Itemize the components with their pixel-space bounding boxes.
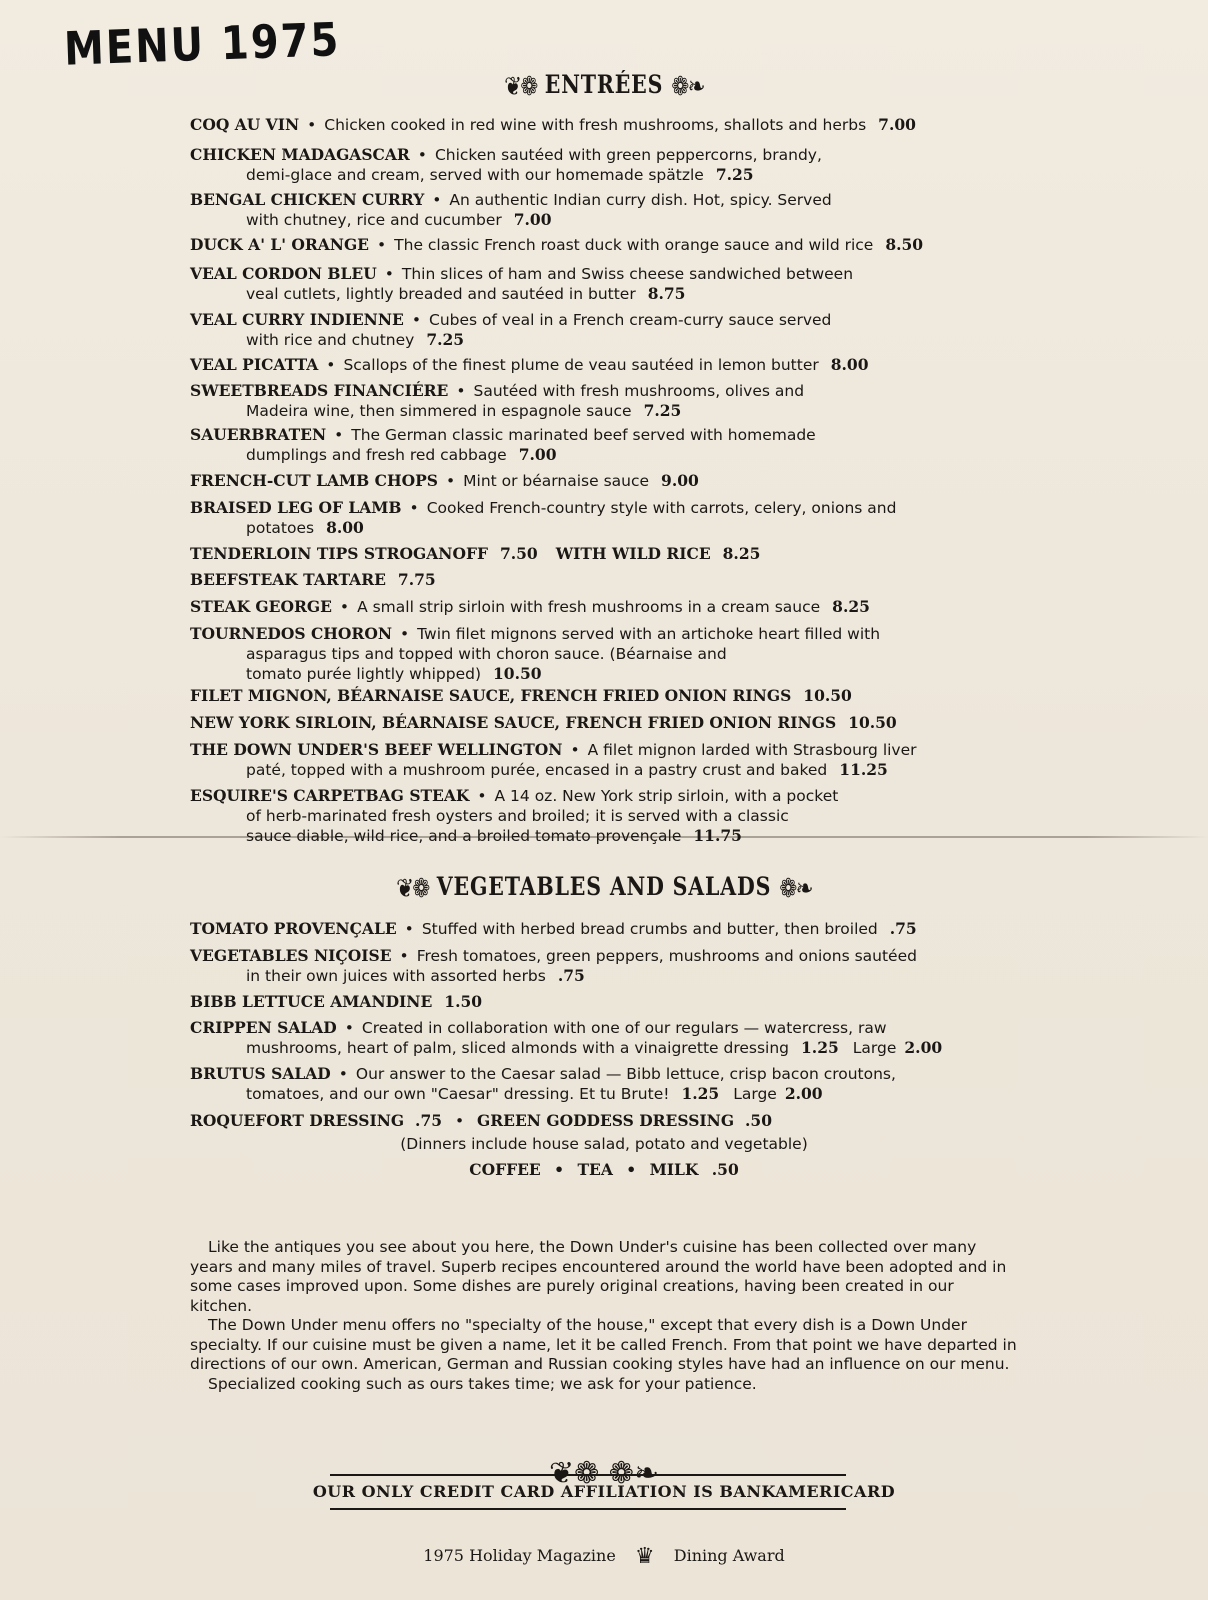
menu-item: VEAL PICATTA•Scallops of the finest plum… [190, 355, 1030, 375]
item-price: 9.00 [661, 471, 699, 490]
vegetables-heading: ❦❁VEGETABLES AND SALADS❁❧ [109, 872, 1100, 904]
bullet-separator: • [412, 311, 421, 329]
item-price: 7.00 [878, 115, 916, 134]
bullet-separator: • [405, 920, 414, 938]
handwritten-note: MENU 1975 [63, 14, 341, 77]
menu-item: STEAK GEORGE•A small strip sirloin with … [190, 597, 1030, 617]
bullet-separator: • [477, 787, 486, 805]
item-large-label: Large [733, 1085, 777, 1103]
bullet-separator: • [570, 741, 579, 759]
item-price: 10.50 [493, 664, 542, 683]
item-name: SAUERBRATEN [190, 425, 326, 444]
item-description-cont: demi-glace and cream, served with our ho… [190, 165, 1030, 185]
intro-paragraph: The Down Under menu offers no "specialty… [190, 1316, 1020, 1375]
item-price: 7.75 [398, 570, 436, 589]
menu-item: SWEETBREADS FINANCIÉRE•Sautéed with fres… [190, 381, 1030, 421]
item-name: TOMATO PROVENÇALE [190, 919, 397, 938]
menu-item: ESQUIRE'S CARPETBAG STEAK•A 14 oz. New Y… [190, 786, 1030, 846]
beverages-line: COFFEE • TEA • MILK .50 [0, 1160, 1208, 1179]
intro-paragraph: Like the antiques you see about you here… [190, 1238, 1020, 1316]
item-description-cont: dumplings and fresh red cabbage7.00 [190, 445, 1030, 465]
divider [330, 1474, 846, 1476]
item-price: 8.50 [885, 235, 923, 254]
item-name: NEW YORK SIRLOIN, BÉARNAISE SAUCE, FRENC… [190, 713, 836, 732]
bullet-separator: • [345, 1019, 354, 1037]
menu-item: SAUERBRATEN•The German classic marinated… [190, 425, 1030, 465]
menu-item: BIBB LETTUCE AMANDINE1.50 [190, 992, 1030, 1012]
item-name: CRIPPEN SALAD [190, 1018, 337, 1037]
green-goddess-price: .50 [745, 1111, 772, 1130]
item-name: VEAL PICATTA [190, 355, 318, 374]
entrees-title: ENTRÉES [545, 70, 663, 99]
bullet-separator: • [385, 265, 394, 283]
bullet-separator: • [377, 236, 386, 254]
menu-item: VEGETABLES NIÇOISE•Fresh tomatoes, green… [190, 946, 1030, 986]
item-description: Mint or béarnaise sauce [463, 472, 649, 490]
item-description: Fresh tomatoes, green peppers, mushrooms… [417, 947, 917, 965]
beverage-coffee: COFFEE [469, 1160, 540, 1179]
item-name: VEAL CORDON BLEU [190, 264, 377, 283]
roquefort-name: ROQUEFORT DRESSING [190, 1111, 404, 1130]
bullet-separator: • [334, 426, 343, 444]
menu-item: CHICKEN MADAGASCAR•Chicken sautéed with … [190, 145, 1030, 185]
item-description: Created in collaboration with one of our… [362, 1019, 887, 1037]
item-price: 1.25 [681, 1084, 719, 1103]
item-name: VEAL CURRY INDIENNE [190, 310, 404, 329]
divider [330, 1508, 846, 1510]
item-description: Cooked French-country style with carrots… [427, 499, 897, 517]
menu-item: TENDERLOIN TIPS STROGANOFF7.50WITH WILD … [190, 544, 1030, 564]
item-name: TENDERLOIN TIPS STROGANOFF [190, 544, 488, 563]
item-extra-price: 8.25 [723, 544, 761, 563]
item-description-cont: mushrooms, heart of palm, sliced almonds… [190, 1038, 1030, 1058]
item-price: 8.00 [831, 355, 869, 374]
chef-hat-laurel-icon: ♛ [635, 1544, 655, 1569]
ornament-right-icon: ❁❧ [779, 874, 811, 904]
bullet-separator: • [400, 947, 409, 965]
bullet-separator: • [340, 598, 349, 616]
ornament-left-icon: ❦❁ [396, 874, 428, 904]
bullet-separator: • [339, 1065, 348, 1083]
menu-item: VEAL CORDON BLEU•Thin slices of ham and … [190, 264, 1030, 304]
green-goddess-name: GREEN GODDESS DRESSING [477, 1111, 734, 1130]
award-text-right: Dining Award [674, 1546, 785, 1565]
item-description-cont: tomatoes, and our own "Caesar" dressing.… [190, 1084, 1030, 1104]
item-price: 7.25 [426, 330, 464, 349]
menu-item: THE DOWN UNDER'S BEEF WELLINGTON•A filet… [190, 740, 1030, 780]
item-description: A small strip sirloin with fresh mushroo… [357, 598, 820, 616]
item-description: An authentic Indian curry dish. Hot, spi… [449, 191, 831, 209]
menu-item: BRAISED LEG OF LAMB•Cooked French-countr… [190, 498, 1030, 538]
item-name: VEGETABLES NIÇOISE [190, 946, 392, 965]
award-line: 1975 Holiday Magazine ♛ Dining Award [0, 1544, 1208, 1569]
credit-card-notice: OUR ONLY CREDIT CARD AFFILIATION IS BANK… [0, 1482, 1208, 1501]
item-description-cont: tomato purée lightly whipped)10.50 [190, 664, 1030, 684]
intro-text: Like the antiques you see about you here… [190, 1238, 1020, 1394]
menu-item: VEAL CURRY INDIENNE•Cubes of veal in a F… [190, 310, 1030, 350]
item-description: Twin filet mignons served with an artich… [417, 625, 880, 643]
item-name: BRUTUS SALAD [190, 1064, 331, 1083]
item-name: THE DOWN UNDER'S BEEF WELLINGTON [190, 740, 562, 759]
award-text-left: 1975 Holiday Magazine [423, 1546, 616, 1565]
item-description: Chicken sautéed with green peppercorns, … [435, 146, 822, 164]
roquefort-price: .75 [415, 1111, 442, 1130]
item-name: STEAK GEORGE [190, 597, 332, 616]
menu-item: FILET MIGNON, BÉARNAISE SAUCE, FRENCH FR… [190, 686, 1030, 706]
menu-item: TOMATO PROVENÇALE•Stuffed with herbed br… [190, 919, 1030, 939]
menu-item: CRIPPEN SALAD•Created in collaboration w… [190, 1018, 1030, 1058]
item-description: Sautéed with fresh mushrooms, olives and [474, 382, 805, 400]
bullet-separator: • [432, 191, 441, 209]
bullet-separator: • [410, 499, 419, 517]
item-price: 10.50 [848, 713, 897, 732]
bullet-separator: • [626, 1160, 636, 1179]
item-description-cont: with chutney, rice and cucumber7.00 [190, 210, 1030, 230]
bullet-separator: • [400, 625, 409, 643]
item-description: A filet mignon larded with Strasbourg li… [588, 741, 917, 759]
item-description: The classic French roast duck with orang… [394, 236, 873, 254]
bullet-separator: • [446, 472, 455, 490]
item-name: COQ AU VIN [190, 115, 299, 134]
item-price: 8.00 [326, 518, 364, 537]
item-price: 8.75 [648, 284, 686, 303]
item-name: FRENCH-CUT LAMB CHOPS [190, 471, 438, 490]
beverage-price: .50 [712, 1160, 739, 1179]
item-description: Scallops of the finest plume de veau sau… [343, 356, 818, 374]
item-description-cont: Madeira wine, then simmered in espagnole… [190, 401, 1030, 421]
item-name: TOURNEDOS CHORON [190, 624, 392, 643]
item-price: 8.25 [832, 597, 870, 616]
item-description-cont: sauce diable, wild rice, and a broiled t… [190, 826, 1030, 846]
beverage-milk: MILK [650, 1160, 699, 1179]
menu-item: BENGAL CHICKEN CURRY•An authentic Indian… [190, 190, 1030, 230]
bullet-separator: • [456, 382, 465, 400]
item-description: Thin slices of ham and Swiss cheese sand… [402, 265, 853, 283]
menu-item: NEW YORK SIRLOIN, BÉARNAISE SAUCE, FRENC… [190, 713, 1030, 733]
item-name: DUCK A' L' ORANGE [190, 235, 369, 254]
item-price: .75 [890, 919, 917, 938]
item-price: 1.50 [444, 992, 482, 1011]
item-description: Cubes of veal in a French cream-curry sa… [429, 311, 831, 329]
menu-item: TOURNEDOS CHORON•Twin filet mignons serv… [190, 624, 1030, 684]
item-price: 7.00 [519, 445, 557, 464]
bullet-separator: • [418, 146, 427, 164]
menu-item: FRENCH-CUT LAMB CHOPS•Mint or béarnaise … [190, 471, 1030, 491]
item-name: BRAISED LEG OF LAMB [190, 498, 402, 517]
item-name: FILET MIGNON, BÉARNAISE SAUCE, FRENCH FR… [190, 686, 791, 705]
item-large-price: 2.00 [904, 1038, 942, 1057]
dressings-line: ROQUEFORT DRESSING .75 • GREEN GODDESS D… [190, 1111, 1030, 1131]
vegetables-title: VEGETABLES AND SALADS [437, 872, 771, 901]
item-description: Our answer to the Caesar salad — Bibb le… [356, 1065, 896, 1083]
item-name: BENGAL CHICKEN CURRY [190, 190, 424, 209]
item-description: A 14 oz. New York strip sirloin, with a … [495, 787, 839, 805]
item-price: 10.50 [803, 686, 852, 705]
item-name: BIBB LETTUCE AMANDINE [190, 992, 432, 1011]
item-name: CHICKEN MADAGASCAR [190, 145, 410, 164]
bullet-separator: • [455, 1112, 464, 1130]
item-description: The German classic marinated beef served… [351, 426, 815, 444]
item-price: .75 [558, 966, 585, 985]
ornament-right-icon: ❁❧ [671, 72, 703, 102]
bullet-separator: • [554, 1160, 564, 1179]
item-name: SWEETBREADS FINANCIÉRE [190, 381, 448, 400]
item-name: BEEFSTEAK TARTARE [190, 570, 386, 589]
beverage-tea: TEA [577, 1160, 612, 1179]
menu-item: BEEFSTEAK TARTARE7.75 [190, 570, 1030, 590]
item-price: 7.00 [514, 210, 552, 229]
item-large-label: Large [853, 1039, 897, 1057]
item-extra: WITH WILD RICE [556, 544, 711, 563]
bullet-separator: • [326, 356, 335, 374]
menu-item: DUCK A' L' ORANGE•The classic French roa… [190, 235, 1030, 255]
item-name: ESQUIRE'S CARPETBAG STEAK [190, 786, 469, 805]
menu-item: BRUTUS SALAD•Our answer to the Caesar sa… [190, 1064, 1030, 1104]
item-large-price: 2.00 [785, 1084, 823, 1103]
item-price: 7.25 [716, 165, 754, 184]
item-description: Chicken cooked in red wine with fresh mu… [324, 116, 866, 134]
ornament-left-icon: ❦❁ [504, 72, 536, 102]
entrees-heading: ❦❁ENTRÉES❁❧ [109, 70, 1100, 102]
item-price: 7.25 [644, 401, 682, 420]
item-description-cont: of herb-marinated fresh oysters and broi… [190, 806, 1030, 826]
item-description-cont: veal cutlets, lightly breaded and sautée… [190, 284, 1030, 304]
item-description-cont: asparagus tips and topped with choron sa… [190, 644, 1030, 664]
item-description-cont: potatoes8.00 [190, 518, 1030, 538]
item-description: Stuffed with herbed bread crumbs and but… [422, 920, 878, 938]
item-price: 11.75 [693, 826, 742, 845]
item-price: 7.50 [500, 544, 538, 563]
item-price: 11.25 [839, 760, 888, 779]
item-price: 1.25 [801, 1038, 839, 1057]
bullet-separator: • [307, 116, 316, 134]
intro-paragraph: Specialized cooking such as ours takes t… [190, 1375, 1020, 1395]
item-description-cont: with rice and chutney7.25 [190, 330, 1030, 350]
dinner-note: (Dinners include house salad, potato and… [0, 1135, 1208, 1153]
item-description-cont: in their own juices with assorted herbs.… [190, 966, 1030, 986]
item-description-cont: paté, topped with a mushroom purée, enca… [190, 760, 1030, 780]
menu-item: COQ AU VIN•Chicken cooked in red wine wi… [190, 115, 1030, 135]
